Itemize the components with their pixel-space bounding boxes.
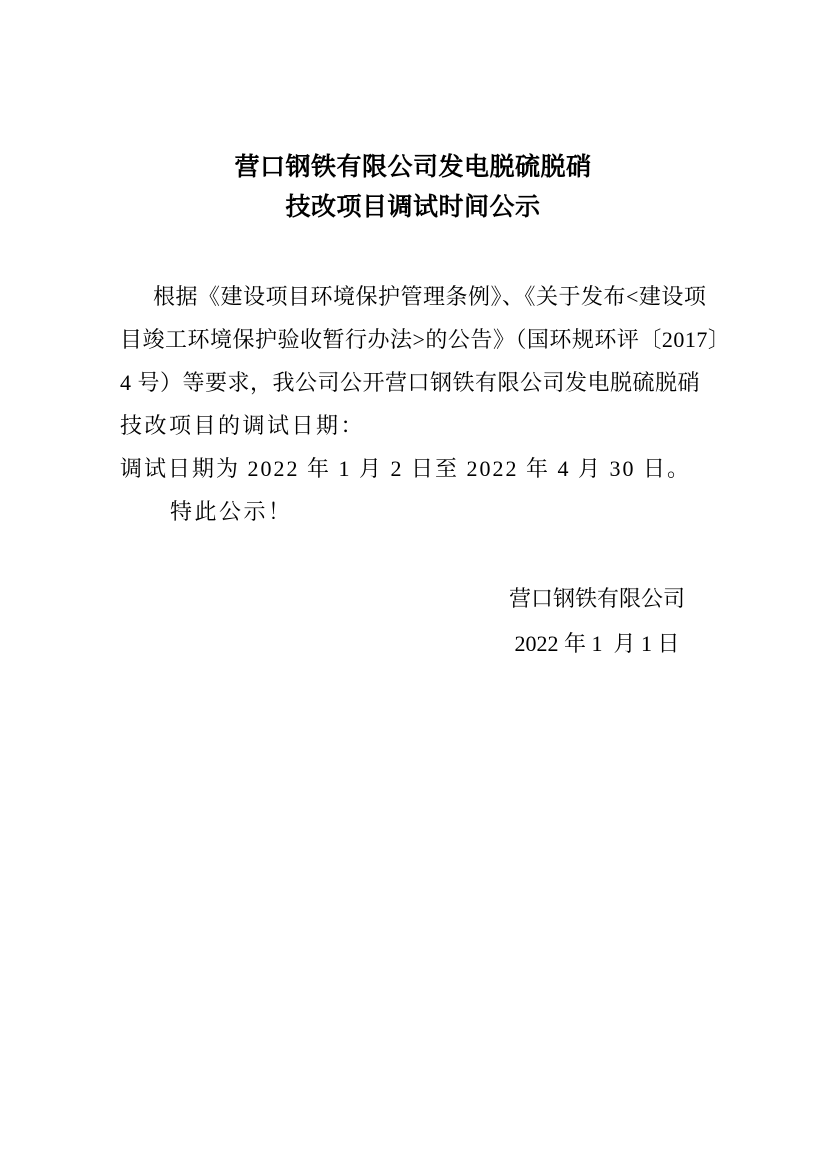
signature-company: 营口钢铁有限公司 [447,576,747,621]
body-paragraph-line: 技改项目的调试日期： [120,404,712,447]
body-paragraph-line: 4 号）等要求，我公司公开营口钢铁有限公司发电脱硫脱硝 [120,361,712,404]
body-paragraph-line: 目竣工环境保护验收暂行办法>的公告》（国环规环评〔2017〕 [120,318,712,361]
document-title-line-2: 技改项目调试时间公示 [0,188,826,228]
body-closing-line: 特此公示！ [120,490,712,533]
signature-date: 2022 年 1 月 1 日 [447,621,747,666]
body-debug-date-line: 调试日期为 2022 年 1 月 2 日至 2022 年 4 月 30 日。 [120,447,712,490]
document-page: 营口钢铁有限公司发电脱硫脱硝 技改项目调试时间公示 根据《建设项目环境保护管理条… [0,0,826,1169]
document-body: 根据《建设项目环境保护管理条例》、《关于发布<建设项 目竣工环境保护验收暂行办法… [120,275,712,533]
body-paragraph-line: 根据《建设项目环境保护管理条例》、《关于发布<建设项 [120,275,712,318]
document-title-line-1: 营口钢铁有限公司发电脱硫脱硝 [0,148,826,188]
document-title: 营口钢铁有限公司发电脱硫脱硝 技改项目调试时间公示 [0,148,826,228]
signature-block: 营口钢铁有限公司 2022 年 1 月 1 日 [447,576,747,666]
